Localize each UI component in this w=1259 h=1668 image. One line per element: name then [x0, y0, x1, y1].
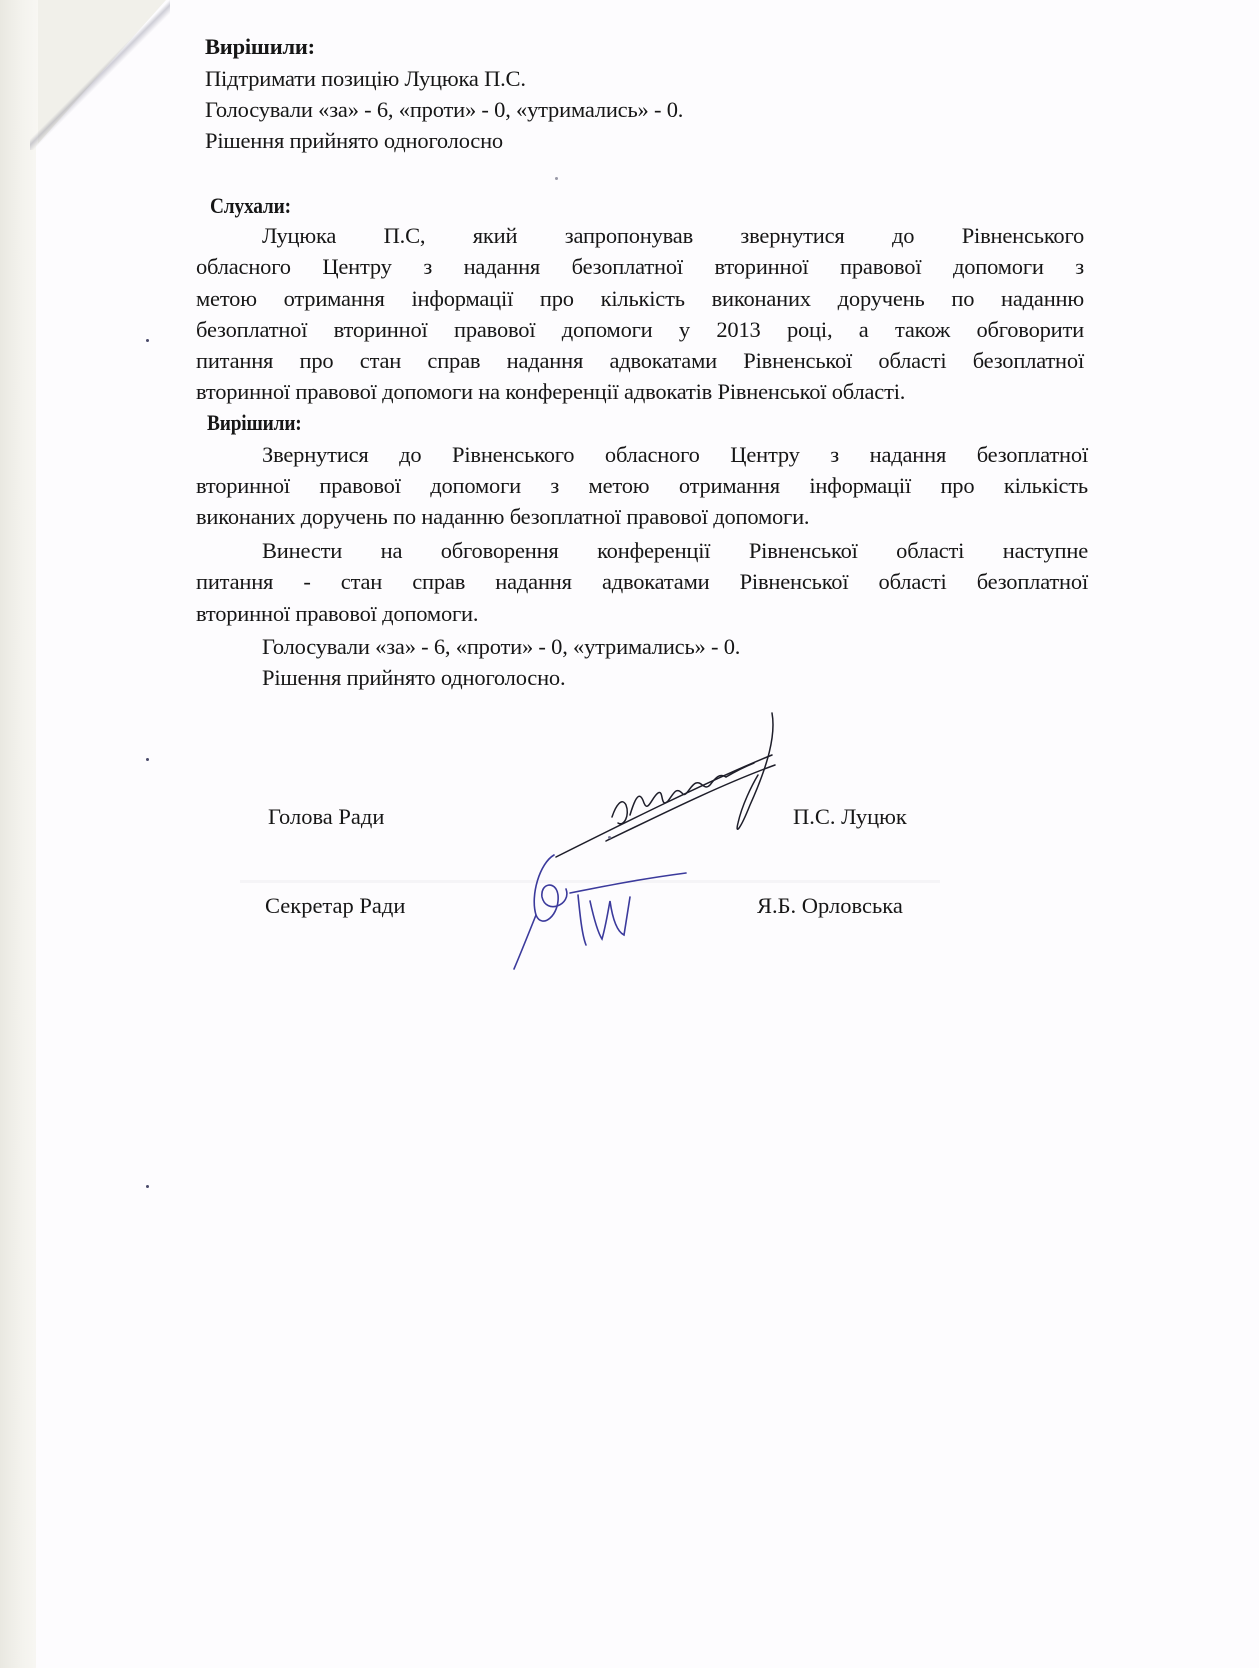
section1-line: Голосували «за» - 6, «проти» - 0, «утрим… [205, 94, 683, 126]
paragraph-line: вторинної правової допомоги. [196, 598, 478, 630]
secretary-signature-icon [500, 835, 700, 975]
scan-speck [146, 1185, 149, 1188]
vote-result: Голосували «за» - 6, «проти» - 0, «утрим… [262, 631, 740, 663]
scan-speck [555, 177, 558, 180]
scan-speck [146, 339, 149, 342]
section1-heading: Вирішили: [205, 31, 315, 63]
section2-heading: Слухали: [210, 190, 291, 222]
signatory-name-secretary: Я.Б. Орловська [757, 893, 903, 919]
paragraph-line: вторинної правової допомоги з метою отри… [196, 470, 1088, 502]
paragraph-line: виконаних доручень по наданню безоплатно… [196, 501, 809, 533]
signatory-role-secretary: Секретар Ради [265, 893, 405, 919]
section1-line: Рішення прийнято одноголосно [205, 125, 503, 157]
paragraph-line: метою отримання інформації про кількість… [196, 283, 1084, 315]
paragraph-line: питання про стан справ надання адвокатам… [196, 345, 1084, 377]
signatory-role-chairman: Голова Ради [268, 804, 384, 830]
signatory-name-chairman: П.С. Луцюк [793, 804, 907, 830]
paragraph-line: вторинної правової допомоги на конференц… [196, 376, 905, 408]
paragraph-line: Винести на обговорення конференції Рівне… [262, 535, 1088, 567]
section1-line: Підтримати позицію Луцюка П.С. [205, 63, 526, 95]
section3-heading: Вирішили: [207, 407, 302, 439]
decision-status: Рішення прийнято одноголосно. [262, 662, 565, 694]
paragraph-line: Луцюка П.С, який запропонував звернутися… [262, 220, 1084, 252]
paragraph-line: питання - стан справ надання адвокатами … [196, 566, 1088, 598]
paragraph-line: Звернутися до Рівненського обласного Цен… [262, 439, 1088, 471]
paragraph-line: безоплатної вторинної правової допомоги … [196, 314, 1084, 346]
scan-margin [0, 0, 38, 1668]
scan-speck [146, 758, 149, 761]
paragraph-line: обласного Центру з надання безоплатної в… [196, 251, 1084, 283]
scan-speck [608, 836, 611, 839]
